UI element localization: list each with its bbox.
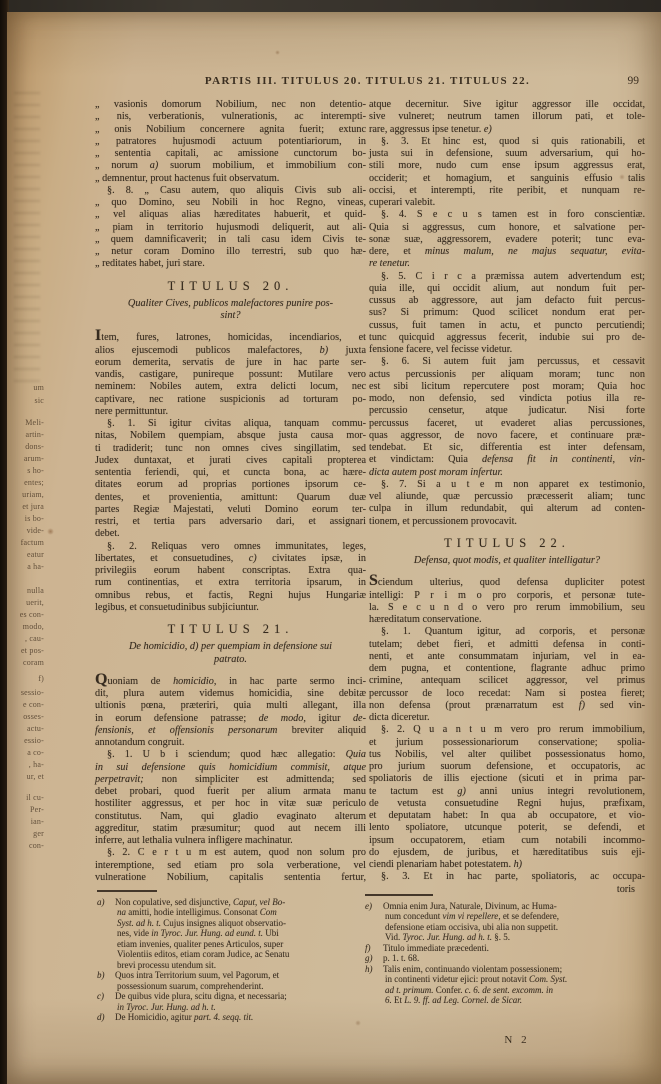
- text-line: §. 6. Si autem fuit jam percussus, et ce…: [369, 356, 645, 368]
- subtitle-line: patrato.: [95, 654, 366, 666]
- footnote: e)Omnia enim Jura, Naturale, Divinum, ac…: [369, 901, 645, 943]
- text-line: §. 7. Si a u t e m non apparet ex testim…: [369, 479, 645, 491]
- text-line: la. S e c u n d o vero pro rerum immobil…: [369, 602, 645, 614]
- section-heading: TITULUS 20.: [95, 280, 366, 292]
- text-line: Judex duntaxat, et jurati cives capitali…: [95, 455, 366, 467]
- text-line: re tenetur.: [369, 258, 645, 270]
- quoted-paragraph: „ vasionis domorum Nobilium, nec non det…: [95, 99, 366, 185]
- bleed-text-fragment: dons-: [25, 442, 44, 451]
- paragraph: §. 2. Reliquas vero omnes immunitates, l…: [95, 541, 366, 615]
- footnote-line: Violentiis editos, etiam coram Judice, a…: [101, 949, 367, 959]
- footnote-line: in continenti videtur ejici: prout notav…: [369, 974, 645, 984]
- bleed-text-fragment: es con-: [20, 610, 44, 619]
- text-line: dentes, et provenientia, amittunt: Quaru…: [95, 492, 366, 504]
- footnote-line: ad t. primum. Confer. c. 6. de sent. exc…: [369, 985, 645, 995]
- text-line: hostiliter aggressus, et per hoc in vitæ…: [95, 798, 366, 810]
- paragraph: §. 1. U b i sciendum; quod hæc allegatio…: [95, 749, 366, 847]
- bleed-text-fragment: ian-: [31, 817, 44, 826]
- bleed-text-fragment: et pos-: [21, 646, 44, 655]
- bleed-text-fragment: ur, et: [27, 772, 44, 781]
- quoted-paragraph: §. 8. „ Casu autem, quo aliquis Civis su…: [95, 185, 366, 271]
- text-line: percussor de loco recedat: Nam si postea…: [369, 688, 645, 700]
- text-line: restri, et tertia pars adversario dari, …: [95, 516, 366, 528]
- footnotes-right: e)Omnia enim Jura, Naturale, Divinum, ac…: [369, 894, 645, 1006]
- page-number: 99: [605, 75, 639, 87]
- paragraph: §. 1. Quantum igitur, ad corporis, et pe…: [369, 626, 645, 724]
- text-line: vulneratione Nobilium, capitalis sentent…: [95, 872, 366, 884]
- footnote: f)Titulo immediate præcedenti.: [369, 943, 645, 953]
- bleed-text-fragment: ger: [33, 829, 44, 838]
- foxing-spot: [275, 50, 280, 55]
- previous-page-bleed: umsicMeli-artin-dons-arum-s ho-entes;uri…: [14, 12, 46, 1084]
- photo-edge-top: [0, 0, 661, 12]
- bleed-text-fragment: vide-: [27, 526, 44, 535]
- text-line: §. 5. C i r c a præmissa autem advertend…: [369, 271, 645, 283]
- bleed-text-fragment: coram: [23, 658, 44, 667]
- text-line: §. 1. Quantum igitur, ad corporis, et pe…: [369, 626, 645, 638]
- text-line: do ejusdem, de juribus, et hæreditatibus…: [369, 847, 645, 859]
- footnote: b)Quos intra Territorium suum, vel Pagor…: [101, 970, 367, 991]
- text-line: spoliatoris de illis ejectione (sicuti e…: [369, 773, 645, 785]
- text-line: nenti, et ante consummatam injuriam, vel…: [369, 651, 645, 663]
- text-line: eorum demerita, servatis de jure in hac …: [95, 357, 366, 369]
- text-line: Sciendum ulterius, quod defensa duplicit…: [369, 573, 645, 589]
- text-line: omnibus rebus, et factis, Regni hujus Hu…: [95, 590, 366, 602]
- text-line: dere, et minus malum, ne majus sequatur,…: [369, 246, 645, 258]
- text-column-right: atque decernitur. Sive igitur aggressor …: [369, 99, 645, 896]
- text-line: actus percussionis per aliquam moram; tu…: [369, 369, 645, 381]
- footnote-line: g)p. 1. t. 68.: [369, 953, 645, 963]
- text-line: aggreditur, statim præsumitur; quod aut …: [95, 823, 366, 835]
- text-line: „ nis, verberationis, vulnerationis, ac …: [95, 111, 366, 123]
- text-line: „ reditates habet, juri stare.: [95, 258, 366, 270]
- footnote-rule: [365, 894, 433, 896]
- bleed-text-fragment: osses-: [23, 712, 44, 721]
- subtitle-line: Defensa, quot modis, et qualiter intelli…: [369, 555, 645, 567]
- bleed-text-fragment: artin-: [25, 430, 44, 439]
- text-line: occisi, et interempti, rite peribit, et …: [369, 185, 645, 197]
- text-line: „ quo Domino, seu Nobili in hoc Regno, v…: [95, 197, 366, 209]
- bleed-text-fragment: e con-: [23, 700, 44, 709]
- text-line: vel aliunde, quæ percussio præcesserit a…: [369, 491, 645, 503]
- footnote: a)Non copulative, sed disjunctive, Caput…: [101, 897, 367, 970]
- bleed-text-fragment: a ha-: [27, 562, 44, 571]
- text-line: culpa in illum redundabit, qui alterum a…: [369, 503, 645, 515]
- initial-capital: I: [95, 327, 101, 344]
- text-line: stili more, nudo cum ense ipsum aggressu…: [369, 160, 645, 172]
- text-line: tunc quicquid aggressus fecerit, indubie…: [369, 332, 645, 344]
- text-line: „ vel aliquas alias hæreditates habuerit…: [95, 209, 366, 221]
- text-line: „ piam in territorio hujusmodi deliqueri…: [95, 222, 366, 234]
- section-subtitle: Qualiter Cives, publicos malefactores pu…: [95, 298, 366, 323]
- text-line: cussus, fuit tamen in actu, et puncto pe…: [369, 320, 645, 332]
- text-line: tutelam; debet fieri, et admitti defensa…: [369, 639, 645, 651]
- text-line: de vetusta consuetudine Regni hujus, præ…: [369, 798, 645, 810]
- text-line: captivare, nec ratione suspicionis ad to…: [95, 394, 366, 406]
- bleed-text-fragment: , cau-: [25, 634, 44, 643]
- text-line: quas aggressor, de novo facere, et conti…: [369, 430, 645, 442]
- footnotes-left: a)Non copulative, sed disjunctive, Caput…: [101, 890, 367, 1022]
- bleed-text-fragment: il cu-: [26, 793, 44, 802]
- text-line: perpetravit; non simpliciter est admitte…: [95, 774, 366, 786]
- text-line: ipsum occupatorem, etiam cum notabili in…: [369, 835, 645, 847]
- bleed-text-fragment: factum: [21, 538, 44, 547]
- text-line: „ sententia capitali, ac amissione cunct…: [95, 148, 366, 160]
- text-line: §. 2. Reliquas vero omnes immunitates, l…: [95, 541, 366, 553]
- footnote-label: b): [99, 970, 115, 980]
- bleed-text-fragment: s ho-: [27, 466, 44, 475]
- section-heading: TITULUS 21.: [95, 623, 366, 635]
- footnote-line: na amitti, hodie intelligimus. Consonat …: [101, 907, 367, 917]
- footnote-line: h)Talis enim, continuando violentam poss…: [369, 964, 645, 974]
- bleed-text-fragment: arum-: [24, 454, 44, 463]
- text-line: §. 2. C e r t u m est autem, quod non so…: [95, 847, 366, 859]
- text-line: dit, plura autem videmus homicidia, sine…: [95, 688, 366, 700]
- text-line: „ quem damnificaverit; in tali casu idem…: [95, 234, 366, 246]
- text-line: non defensa (prout prænarratum est f) se…: [369, 700, 645, 712]
- bleed-text-fragment: et jura: [22, 502, 44, 511]
- text-line: nitas, Nobilem quempiam, absque justa ca…: [95, 430, 366, 442]
- footnote-label: a): [99, 897, 115, 907]
- bleed-text-fragment: modo,: [23, 622, 44, 631]
- bleed-text-fragment: eatur: [27, 550, 44, 559]
- bleed-text-fragment: um: [33, 383, 44, 392]
- text-line: tionem, et percussionem provocavit.: [369, 516, 645, 528]
- text-line: dem pugna, et contentione, flagrante adh…: [369, 663, 645, 675]
- bleed-text-fragment: uriam,: [22, 490, 44, 499]
- text-line: atque decernitur. Sive igitur aggressor …: [369, 99, 645, 111]
- paragraph: §. 6. Si autem fuit jam percussus, et ce…: [369, 356, 645, 479]
- text-line: nere permittuntur.: [95, 406, 366, 418]
- text-line: Item, fures, latrones, homicidas, incend…: [95, 328, 366, 344]
- footnote: h)Talis enim, continuando violentam poss…: [369, 964, 645, 1006]
- footnote: g)p. 1. t. 68.: [369, 953, 645, 963]
- text-line: modo, non defensio, sed vindicta potius …: [369, 393, 645, 405]
- footnote-line: 6. Et L. 9. ff. ad Leg. Cornel. de Sicar…: [369, 995, 645, 1005]
- footnote-line: nes, vide in Tyroc. Jur. Hung. ad eund. …: [101, 928, 367, 938]
- text-line: legibus, et consuetudinibus subjiciuntur…: [95, 602, 366, 614]
- bleed-text-fragment: actu-: [27, 724, 44, 733]
- text-line: §. 3. Et hinc est, quod si quis rationab…: [369, 136, 645, 148]
- text-line: intelligi: P r i m o pro corporis, et pe…: [369, 590, 645, 602]
- text-line: percussio censetur, atque judicatur. Nis…: [369, 405, 645, 417]
- text-line: alios ejuscemodi publicos malefactores, …: [95, 345, 366, 357]
- text-line: annotandum congruit.: [95, 737, 366, 749]
- paragraph: §. 2. Q u a n t u m vero pro rerum immob…: [369, 724, 645, 871]
- text-line: et vindictam: Quia defensa fit in contin…: [369, 454, 645, 466]
- text-line: pro jurium suorum defensione, et occupat…: [369, 761, 645, 773]
- text-line: et deputatam habet: In qua ab occupatore…: [369, 810, 645, 822]
- footnote-label: e): [367, 901, 383, 911]
- paragraph: §. 2. C e r t u m est autem, quod non so…: [95, 847, 366, 884]
- text-line: cuperari valebit.: [369, 197, 645, 209]
- text-line: ti tradiderit; tunc non omnes cives sing…: [95, 443, 366, 455]
- text-line: §. 1. Si igitur civitas aliqua, tanquam …: [95, 418, 366, 430]
- text-line: „ netur coram Domino illo terrestri, sub…: [95, 246, 366, 258]
- text-line: in sui defensione quis homicidium commis…: [95, 762, 366, 774]
- text-line: ultionis pœna, præteriri, quia multi all…: [95, 700, 366, 712]
- text-line: te tactum est g) anni unius integri revo…: [369, 786, 645, 798]
- bleed-text-fragment: f): [38, 674, 44, 683]
- footnote-line: possessionum suarum, comprehenderint.: [101, 981, 367, 991]
- book-page: umsicMeli-artin-dons-arum-s ho-entes;uri…: [7, 12, 661, 1084]
- text-line: ditates eorum ad proprias portiones ipso…: [95, 479, 366, 491]
- footnote-line: b)Quos intra Territorium suum, vel Pagor…: [101, 970, 367, 980]
- footnote: d)De Homicidio, agitur part. 4. seqq. ti…: [101, 1012, 367, 1022]
- initial-capital: Q: [95, 671, 107, 688]
- footnote: c)De quibus vide plura, scitu digna, et …: [101, 991, 367, 1012]
- text-line: „ demnentur, prout hactenus fuit observa…: [95, 173, 366, 185]
- bleed-text-fragment: uerit,: [26, 598, 44, 607]
- bleed-text-fragment: sic: [35, 396, 45, 405]
- footnote-line: d)De Homicidio, agitur part. 4. seqq. ti…: [101, 1012, 367, 1022]
- footnote-line: a)Non copulative, sed disjunctive, Caput…: [101, 897, 367, 907]
- bleed-text-fragment: is bo-: [25, 514, 44, 523]
- footnote-label: g): [367, 953, 383, 963]
- text-line: percussus faceret, ut evaderet alias per…: [369, 418, 645, 430]
- bleed-text-fragment: sessio-: [21, 688, 44, 697]
- bleed-text-fragment: entes;: [24, 478, 44, 487]
- text-line: in eorum defensione patrasse; de modo, i…: [95, 713, 366, 725]
- text-line: inferre, aut lethalia vulnera infligere …: [95, 835, 366, 847]
- text-line: „ onis Nobilium concernere agnita fuerit…: [95, 124, 366, 136]
- bleed-text-fragment: essio-: [24, 736, 44, 745]
- text-column-left: „ vasionis domorum Nobilium, nec non det…: [95, 99, 366, 884]
- text-line: libertates, et consuetudines, c) civitat…: [95, 553, 366, 565]
- text-line: dicta diceretur.: [369, 712, 645, 724]
- subtitle-line: Qualiter Cives, publicos malefactores pu…: [95, 298, 366, 310]
- paragraph: §. 1. Si igitur civitas aliqua, tanquam …: [95, 418, 366, 541]
- paragraph: Item, fures, latrones, homicidas, incend…: [95, 328, 366, 418]
- signature-mark: N 2: [477, 1034, 557, 1046]
- text-line: occiderit; et homagium, et sanguinis eff…: [369, 173, 645, 185]
- footnote-label: d): [99, 1012, 115, 1022]
- text-line: „ norum a) suorum mobilium, et immobiliu…: [95, 160, 366, 172]
- running-header: PARTIS III. TITULUS 20. TITULUS 21. TITU…: [95, 75, 640, 87]
- text-line: vandis, castigare, punireque possunt: Mu…: [95, 369, 366, 381]
- section-subtitle: Defensa, quot modis, et qualiter intelli…: [369, 555, 645, 567]
- text-line: hæreditatum conservatione.: [369, 614, 645, 626]
- subtitle-line: De homicidio, d) per quempiam in defensi…: [95, 641, 366, 653]
- footnote-line: f)Titulo immediate præcedenti.: [369, 943, 645, 953]
- text-line: §. 1. U b i sciendum; quod hæc allegatio…: [95, 749, 366, 761]
- text-line: neminem: Nobiles autem, extra delicti lo…: [95, 381, 366, 393]
- footnote-line: Syst. ad h. t. Cujus insignes aliquot ob…: [101, 918, 367, 928]
- text-line: §. 2. Q u a n t u m vero pro rerum immob…: [369, 724, 645, 736]
- footnote-line: in Tyroc. Jur. Hung. ad h. t.: [101, 1002, 367, 1012]
- text-line: constitutus. Nam, qui gladio evaginato a…: [95, 811, 366, 823]
- paragraph: Sciendum ulterius, quod defensa duplicit…: [369, 573, 645, 626]
- text-line: „ patratores hujusmodi actuum potentiari…: [95, 136, 366, 148]
- text-line: lento spoliatore, utcunque poterit, se d…: [369, 822, 645, 834]
- text-line: Quoniam de homicidio, in hac parte sermo…: [95, 672, 366, 688]
- text-line: privilegiis eorum habent conscriptas. Ex…: [95, 565, 366, 577]
- footnote-label: c): [99, 991, 115, 1001]
- text-line: dicta autem post moram infertur.: [369, 467, 645, 479]
- text-line: sive vulneret; neutrum tamen illorum pat…: [369, 111, 645, 123]
- footnote-label: h): [367, 964, 383, 974]
- paragraph: §. 3. Et hinc est, quod si quis rationab…: [369, 136, 645, 210]
- text-line: tendebat. Et sic, differentia est inter …: [369, 442, 645, 454]
- text-line: partes Regiæ Majestati, veluti Domino eo…: [95, 504, 366, 516]
- text-line: §. 8. „ Casu autem, quo aliquis Civis su…: [95, 185, 366, 197]
- footnote-rule: [97, 890, 157, 892]
- text-line: §. 4. S e c u s tamen est in foro consci…: [369, 209, 645, 221]
- text-line: interemptione, sed etiam pro sola verber…: [95, 860, 366, 872]
- running-header-title: PARTIS III. TITULUS 20. TITULUS 21. TITU…: [205, 75, 530, 87]
- text-line: sus? Si primum: Quod scilicet nondum era…: [369, 307, 645, 319]
- footnote-line: num concedunt vim vi repellere, et se de…: [369, 911, 645, 921]
- text-line: fensione facere, vel fecisse videtur.: [369, 344, 645, 356]
- text-line: et jurium possessionariorum conservation…: [369, 737, 645, 749]
- text-line: Quia si aggressus, cum honore, et salvat…: [369, 222, 645, 234]
- footnote-line: c)De quibus vide plura, scitu digna, et …: [101, 991, 367, 1001]
- bleed-text-fragment: nulla: [27, 586, 44, 595]
- paragraph: §. 7. Si a u t e m non apparet ex testim…: [369, 479, 645, 528]
- bleed-text-fragment: Meli-: [25, 418, 44, 427]
- text-line: §. 3. Et in hac parte, spoliatoris, ac o…: [369, 871, 645, 883]
- section-heading: TITULUS 22.: [369, 537, 645, 549]
- initial-capital: S: [369, 572, 378, 589]
- text-line: cussus ab aggressore, aut jam defacto fu…: [369, 295, 645, 307]
- bleed-text-fragment: Per-: [30, 805, 44, 814]
- footnote-line: Vid. Tyroc. Jur. Hung. ad h. t. §. 5.: [369, 932, 645, 942]
- text-line: debet.: [95, 528, 366, 540]
- paragraph: Quoniam de homicidio, in hac parte sermo…: [95, 672, 366, 750]
- text-line: rare, aggressus ipse tenetur. e): [369, 124, 645, 136]
- paragraph: §. 5. C i r c a præmissa autem advertend…: [369, 271, 645, 357]
- text-line: quia ille, qui occidit alium, aut nondum…: [369, 283, 645, 295]
- footnote-line: etiam invenies, qualiter penes Articulos…: [101, 939, 367, 949]
- footnote-line: defensione etiam occisiva, ubi alia non …: [369, 922, 645, 932]
- text-line: sonæ suæ, aggressorem, evadere poterit; …: [369, 234, 645, 246]
- text-line: debet probari, quod fuerit per alium arm…: [95, 786, 366, 798]
- footnote-line: brevi processu utendum sit.: [101, 960, 367, 970]
- text-line: rum continentias, et extra territoria ip…: [95, 577, 366, 589]
- footnote-line: e)Omnia enim Jura, Naturale, Divinum, ac…: [369, 901, 645, 911]
- section-subtitle: De homicidio, d) per quempiam in defensi…: [95, 641, 366, 666]
- subtitle-line: sint?: [95, 310, 366, 322]
- text-line: sententia feriendi, qui, et cuncta bona,…: [95, 467, 366, 479]
- text-line: fensionis, et offensionis personarum bre…: [95, 725, 366, 737]
- footnote-label: f): [367, 943, 383, 953]
- text-line: „ vasionis domorum Nobilium, nec non det…: [95, 99, 366, 111]
- text-line: ciendi plenariam habet potestatem. h): [369, 859, 645, 871]
- text-line: est sibi licitum repercutere post moram;…: [369, 381, 645, 393]
- paragraph: §. 4. S e c u s tamen est in foro consci…: [369, 209, 645, 270]
- text-line: justa sui in defensione, suum adversariu…: [369, 148, 645, 160]
- foxing-spot: [47, 528, 54, 535]
- bleed-text-fragment: , ha-: [29, 760, 44, 769]
- paragraph: atque decernitur. Sive igitur aggressor …: [369, 99, 645, 136]
- text-line: tus Nobilis, vel alter quilibet possessi…: [369, 749, 645, 761]
- text-line: crimine, antequam scilicet aggressor, ve…: [369, 675, 645, 687]
- paragraph: §. 3. Et in hac parte, spoliatoris, ac o…: [369, 871, 645, 883]
- bleed-text-fragment: a co-: [27, 748, 44, 757]
- bleed-text-fragment: con-: [29, 841, 44, 850]
